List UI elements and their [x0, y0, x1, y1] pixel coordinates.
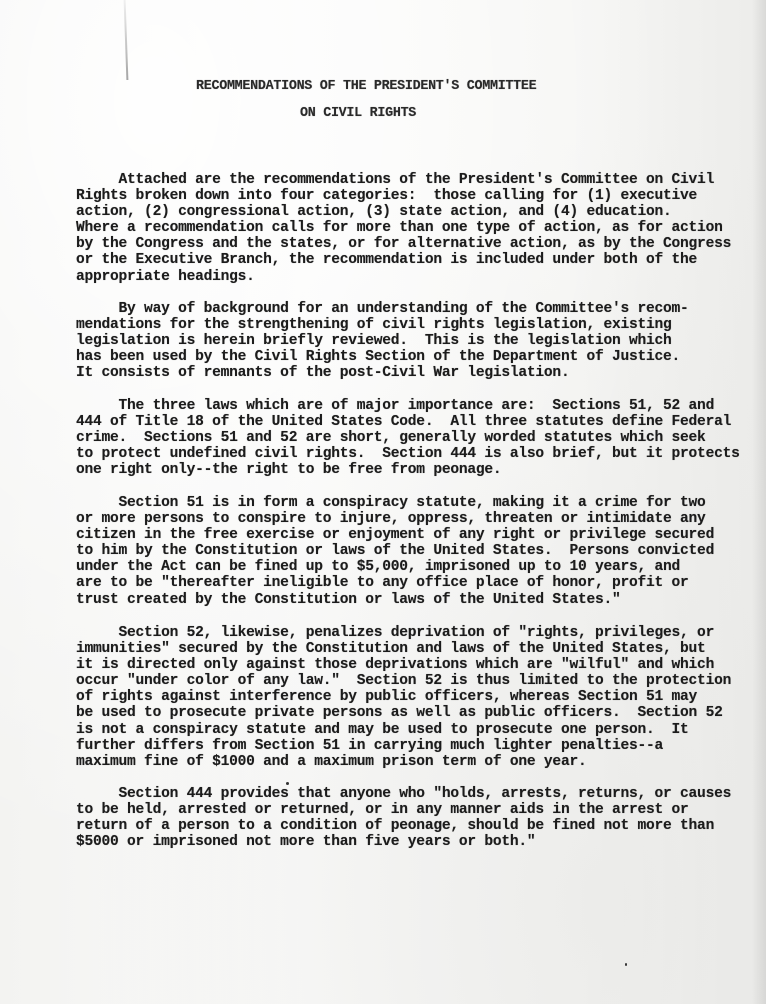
- paragraph-background: By way of background for an understandin…: [76, 301, 689, 381]
- text-line: one right only--the right to be free fro…: [76, 462, 740, 478]
- text-line: Section 444 provides that anyone who "ho…: [76, 786, 731, 802]
- text-line: it is directed only against those depriv…: [76, 657, 731, 673]
- text-line: return of a person to a condition of peo…: [76, 818, 731, 834]
- text-line: to him by the Constitution or laws of th…: [76, 543, 714, 559]
- text-line: Rights broken down into four categories:…: [76, 188, 731, 204]
- text-line: trust created by the Constitution or law…: [76, 592, 714, 608]
- text-line: action, (2) congressional action, (3) st…: [76, 204, 731, 220]
- text-line: or the Executive Branch, the recommendat…: [76, 252, 731, 268]
- text-line: occur "under color of any law." Section …: [76, 673, 731, 689]
- paragraph-section-52: Section 52, likewise, penalizes deprivat…: [76, 625, 731, 770]
- text-line: 444 of Title 18 of the United States Cod…: [76, 414, 740, 430]
- text-line: to be held, arrested or returned, or in …: [76, 802, 731, 818]
- text-line: maximum fine of $1000 and a maximum pris…: [76, 754, 731, 770]
- text-line: mendations for the strengthening of civi…: [76, 317, 689, 333]
- text-line: It consists of remnants of the post-Civi…: [76, 365, 689, 381]
- ink-speck: [286, 782, 289, 785]
- text-line: crime. Sections 51 and 52 are short, gen…: [76, 430, 740, 446]
- paragraph-section-51: Section 51 is in form a conspiracy statu…: [76, 495, 714, 608]
- text-line: under the Act can be fined up to $5,000,…: [76, 559, 714, 575]
- text-line: Where a recommendation calls for more th…: [76, 220, 731, 236]
- text-line: of rights against interference by public…: [76, 689, 731, 705]
- text-line: The three laws which are of major import…: [76, 398, 740, 414]
- text-line: Section 52, likewise, penalizes deprivat…: [76, 625, 731, 641]
- text-line: Section 51 is in form a conspiracy statu…: [76, 495, 714, 511]
- text-line: to protect undefined civil rights. Secti…: [76, 446, 740, 462]
- document-page: RECOMMENDATIONS OF THE PRESIDENT'S COMMI…: [0, 0, 766, 1004]
- text-line: $5000 or imprisoned not more than five y…: [76, 834, 731, 850]
- document-title: RECOMMENDATIONS OF THE PRESIDENT'S COMMI…: [196, 79, 536, 94]
- text-line: further differs from Section 51 in carry…: [76, 738, 731, 754]
- ink-speck: [625, 963, 627, 966]
- text-line: citizen in the free exercise or enjoymen…: [76, 527, 714, 543]
- text-line: appropriate headings.: [76, 269, 731, 285]
- text-line: are to be "thereafter ineligible to any …: [76, 575, 714, 591]
- paragraph-section-444: Section 444 provides that anyone who "ho…: [76, 786, 731, 850]
- text-line: legislation is herein briefly reviewed. …: [76, 333, 689, 349]
- paragraph-three-laws: The three laws which are of major import…: [76, 398, 740, 478]
- document-subtitle: ON CIVIL RIGHTS: [300, 106, 416, 121]
- text-line: by the Congress and the states, or for a…: [76, 236, 731, 252]
- text-line: immunities" secured by the Constitution …: [76, 641, 731, 657]
- page-edge-shadow: [752, 0, 766, 1004]
- text-line: be used to prosecute private persons as …: [76, 705, 731, 721]
- paper-crease: [124, 0, 129, 80]
- text-line: Attached are the recommendations of the …: [76, 172, 731, 188]
- text-line: By way of background for an understandin…: [76, 301, 689, 317]
- text-line: is not a conspiracy statute and may be u…: [76, 722, 731, 738]
- text-line: or more persons to conspire to injure, o…: [76, 511, 714, 527]
- paragraph-introduction: Attached are the recommendations of the …: [76, 172, 731, 285]
- text-line: has been used by the Civil Rights Sectio…: [76, 349, 689, 365]
